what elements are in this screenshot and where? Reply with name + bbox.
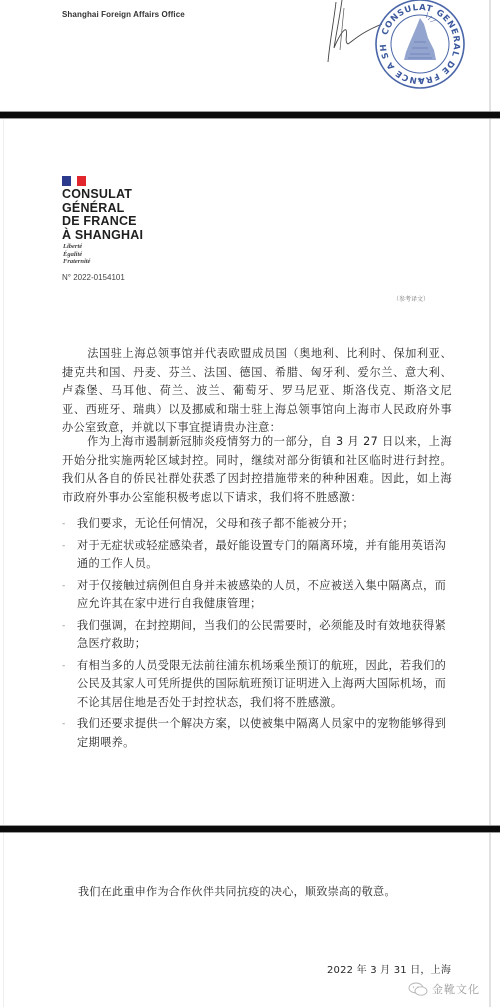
marianne-flag-icon (62, 176, 86, 186)
page-edge (489, 119, 491, 825)
page-edge (489, 833, 491, 1007)
list-item: -对于仅接触过病例但自身并未被感染的人员，不应被送入集中隔离点，而应允许其在家中… (62, 577, 452, 614)
wechat-icon (408, 982, 428, 996)
republic-motto: Liberté Égalité Fraternité (63, 243, 90, 266)
svg-text:★: ★ (417, 76, 423, 84)
page-edge (3, 119, 4, 825)
recipient-label: Shanghai Foreign Affairs Office (62, 10, 185, 19)
page-divider (0, 825, 500, 833)
translation-note: （参考译文） (393, 294, 429, 303)
page-edge (489, 0, 491, 111)
consulate-logo-title: CONSULAT GÉNÉRAL DE FRANCE À SHANGHAI (62, 188, 143, 242)
requests-list: -我们要求，无论任何情况，父母和孩子都不能被分开； -对于无症状或轻症感染者，最… (62, 515, 452, 755)
watermark: 金靴文化 (408, 981, 480, 997)
document-page-3: 我们在此重申作为合作伙伴共同抗疫的决心，顺致崇高的敬意。 2022 年 3 月 … (0, 833, 500, 1007)
consulate-seal-stamp-icon: CONSULAT GENERAL DE FRANCE A SHANGHAI ★ (374, 0, 466, 90)
list-item: -我们还要求提供一个解决方案，以使被集中隔离人员家中的宠物能够得到定期喂养。 (62, 715, 452, 752)
closing-sentence: 我们在此重申作为合作伙伴共同抗疫的决心，顺致崇高的敬意。 (78, 883, 396, 899)
document-page-2: CONSULAT GÉNÉRAL DE FRANCE À SHANGHAI Li… (0, 119, 500, 825)
date-and-place: 2022 年 3 月 31 日，上海 (327, 961, 451, 976)
list-item: -对于无症状或轻症感染者，最好能设置专门的隔离环境，并有能用英语沟通的工作人员。 (62, 537, 452, 574)
list-item: -我们强调，在封控期间，当我们的公民需要时，必须能及时有效地获得紧急医疗救助； (62, 617, 452, 654)
reference-number: N° 2022-0154101 (62, 273, 125, 282)
document-page-1: Shanghai Foreign Affairs Office CONSULAT… (0, 0, 500, 111)
list-item: -有相当多的人员受限无法前往浦东机场乘坐预订的航班，因此，若我们的公民及其家人可… (62, 657, 452, 713)
body-paragraph-intro: 法国驻上海总领事馆并代表欧盟成员国（奥地利、比利时、保加利亚、捷克共和国、丹麦、… (62, 345, 452, 438)
list-item: -我们要求，无论任何情况，父母和孩子都不能被分开； (62, 515, 452, 534)
watermark-text: 金靴文化 (432, 981, 480, 997)
page-edge (3, 833, 4, 1007)
handwritten-signature-icon (322, 0, 382, 65)
page-divider (0, 111, 500, 119)
body-paragraph-context: 作为上海市遏制新冠肺炎疫情努力的一部分，自 3 月 27 日以来，上海开始分批实… (62, 433, 452, 507)
